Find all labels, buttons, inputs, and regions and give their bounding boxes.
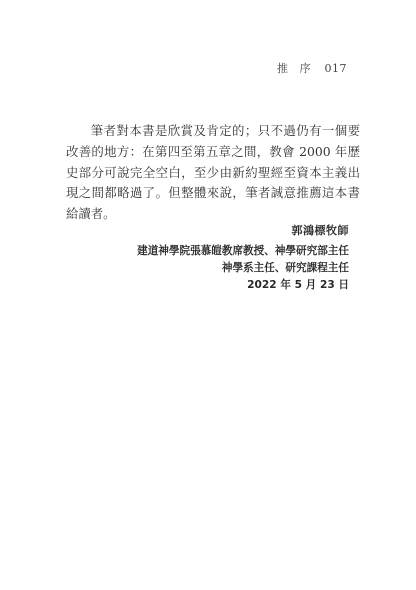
author-name: 郭鴻標牧師 <box>137 222 349 239</box>
signature-date: 2022 年 5 月 23 日 <box>137 277 349 294</box>
running-header: 推 序 017 <box>277 60 347 76</box>
page-number: 017 <box>325 62 348 75</box>
signature-block: 郭鴻標牧師 建道神學院張慕皚教席教授、神學研究部主任 神學系主任、研究課程主任 … <box>137 222 349 294</box>
section-title: 推 序 <box>277 62 315 75</box>
author-title-line-2: 神學系主任、研究課程主任 <box>137 260 349 277</box>
author-title-line-1: 建道神學院張慕皚教席教授、神學研究部主任 <box>137 243 349 260</box>
paragraph: 筆者對本書是欣賞及肯定的；只不過仍有一個要改善的地方：在第四至第五章之間，教會 … <box>66 121 360 225</box>
body-text: 筆者對本書是欣賞及肯定的；只不過仍有一個要改善的地方：在第四至第五章之間，教會 … <box>66 121 360 225</box>
